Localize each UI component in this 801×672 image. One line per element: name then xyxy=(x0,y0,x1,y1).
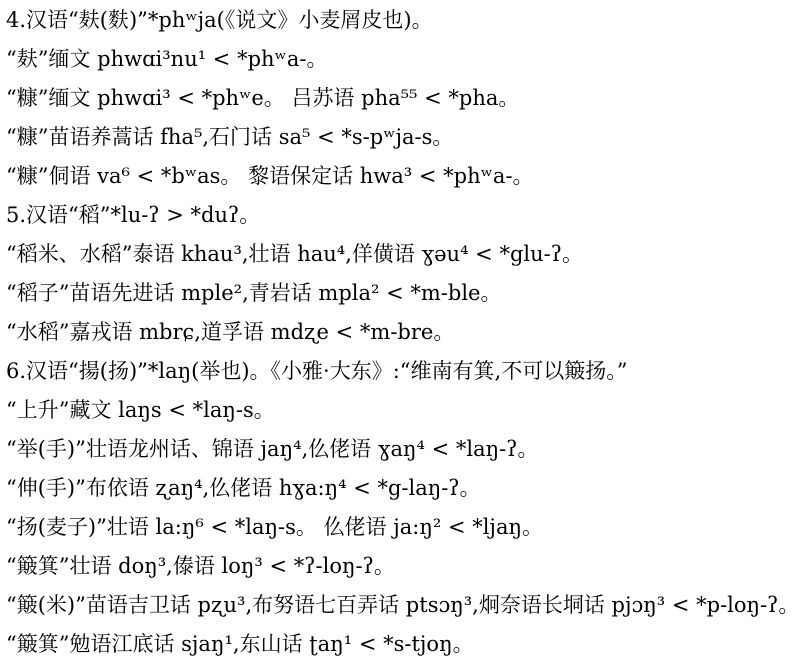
text-line-kang-burmese: “糠”缅文 phwɑi³ < *phʷe。 吕苏语 pha⁵⁵ < *pha。 xyxy=(6,79,801,118)
text-line-rice-jiarong: “水稻”嘉戎语 mbrɕ,道孚语 mdʐe < *m-bre。 xyxy=(6,313,801,352)
text-line-kang-miao: “糠”苗语养蒿话 fha⁵,石门话 sa⁵ < *s-pʷja-s。 xyxy=(6,118,801,157)
text-line-item5-head: 5.汉语“稻”*lu-ʔ > *duʔ。 xyxy=(6,196,801,235)
text-line-stretch-buyi: “伸(手)”布依语 ʐaŋ⁴,仫佬语 hɣa:ŋ⁴ < *g-laŋ-ʔ。 xyxy=(6,469,801,508)
text-line-kang-dong: “糠”侗语 va⁶ < *bʷas。 黎语保定话 hwa³ < *phʷa-。 xyxy=(6,157,801,196)
text-line-basket-mian: “簸箕”勉语江底话 sjaŋ¹,东山话 ʈaŋ¹ < *s-tjoŋ。 xyxy=(6,625,801,664)
text-line-item6-head: 6.汉语“揚(扬)”*laŋ(举也)。《小雅·大东》:“维南有箕,不可以簸扬。” xyxy=(6,352,801,391)
text-line-item4-head: 4.汉语“麸(麩)”*phʷja(《说文》小麦屑皮也)。 xyxy=(6,1,801,40)
text-line-basket-zhuang: “簸箕”壮语 doŋ³,傣语 loŋ³ < *ʔ-loŋ-ʔ。 xyxy=(6,547,801,586)
text-line-winnow-zhuang: “扬(麦子)”壮语 la:ŋ⁶ < *laŋ-s。 仫佬语 ja:ŋ² < *l… xyxy=(6,508,801,547)
text-line-winnow-miao: “簸(米)”苗语吉卫话 pʐu³,布努语七百弄话 ptsɔŋ³,炯奈语长垌话 p… xyxy=(6,586,801,625)
text-line-rise-tibetan: “上升”藏文 laŋs < *laŋ-s。 xyxy=(6,391,801,430)
text-line-rice-miao: “稻子”苗语先进话 mple²,青岩话 mpla² < *m-ble。 xyxy=(6,274,801,313)
text-line-raise-zhuang: “举(手)”壮语龙州话、锦语 jaŋ⁴,仫佬语 ɣaŋ⁴ < *laŋ-ʔ。 xyxy=(6,430,801,469)
document-page: 4.汉语“麸(麩)”*phʷja(《说文》小麦屑皮也)。 “麸”缅文 phwɑi… xyxy=(0,0,801,672)
text-line-fu-burmese: “麸”缅文 phwɑi³nu¹ < *phʷa-。 xyxy=(6,40,801,79)
text-line-rice-tai: “稻米、水稻”泰语 khau³,壮语 hau⁴,佯僙语 ɣəu⁴ < *glu-… xyxy=(6,235,801,274)
